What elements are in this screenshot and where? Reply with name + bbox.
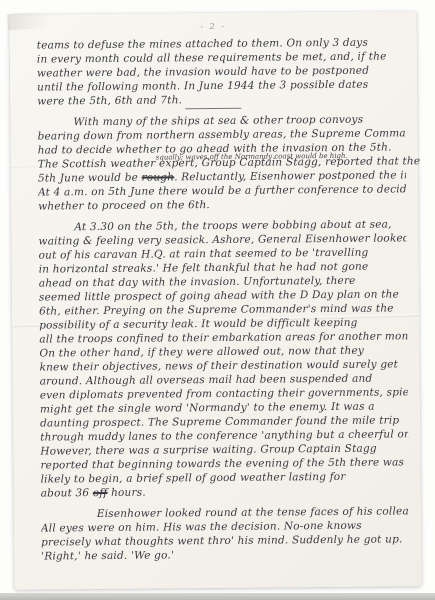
handwritten-line: 'Right,' he said. 'We go.' [41, 546, 409, 563]
inked-rule [185, 108, 241, 109]
line-text: about 36 [41, 487, 93, 499]
paragraph-4: Eisenhower looked round at the tense fac… [41, 504, 409, 563]
handwritten-line: were the 5th, 6th and 7th. [37, 91, 405, 108]
manuscript-page: - 2 - teams to defuse the mines attached… [9, 11, 421, 590]
struck-out-word: off [93, 487, 108, 499]
photo-bottom-edge [0, 593, 435, 600]
line-text: 5th June would be [38, 172, 142, 185]
paragraph-1: teams to defuse the mines attached to th… [37, 35, 406, 108]
handwritten-line: whether to proceed on the 6th. [38, 196, 406, 213]
struck-out-word: rough [142, 171, 175, 183]
interlinear-insertion: squally; waves off the Normandy coast wo… [156, 149, 348, 165]
page-number: - 2 - [10, 20, 417, 33]
photo-background: - 2 - teams to defuse the mines attached… [0, 0, 435, 600]
handwritten-line: about 36 off hours. [41, 483, 409, 500]
paragraph-3: At 3.30 on the 5th, the troops were bobb… [38, 217, 408, 500]
paragraph-2: With many of the ships at sea & other tr… [37, 112, 406, 213]
line-text: . Reluctantly, Eisenhower postponed the … [174, 169, 406, 183]
manuscript-text: teams to defuse the mines attached to th… [37, 35, 410, 583]
line-text: hours. [107, 487, 145, 499]
